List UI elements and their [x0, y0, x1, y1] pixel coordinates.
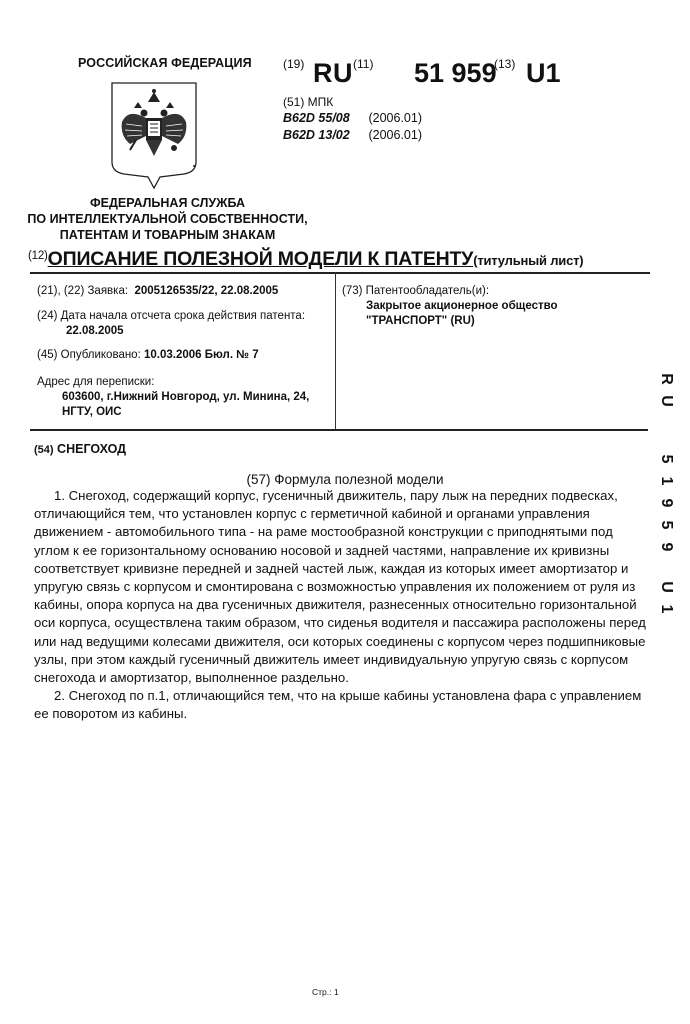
claim-2: 2. Снегоход по п.1, отличающийся тем, чт…: [34, 687, 646, 723]
owner-line-2: "ТРАНСПОРТ" (RU): [342, 314, 558, 329]
agency-line-2: ПО ИНТЕЛЛЕКТУАЛЬНОЙ СОБСТВЕННОСТИ,: [0, 211, 335, 227]
published-field: (45) Опубликовано: 10.03.2006 Бюл. № 7: [37, 348, 259, 363]
term-start-value: 22.08.2005: [37, 324, 305, 339]
agency-name: ФЕДЕРАЛЬНАЯ СЛУЖБА ПО ИНТЕЛЛЕКТУАЛЬНОЙ С…: [0, 195, 335, 243]
country-code: RU: [313, 58, 353, 89]
application-value: 2005126535/22, 22.08.2005: [134, 285, 278, 297]
agency-line-1: ФЕДЕРАЛЬНАЯ СЛУЖБА: [0, 195, 335, 211]
address-field: Адрес для переписки: 603600, г.Нижний Но…: [37, 375, 309, 420]
application-label: (21), (22) Заявка:: [37, 285, 128, 297]
address-label: Адрес для переписки:: [37, 375, 309, 390]
inid-code-13: (13): [494, 57, 515, 71]
ipc-row: B62D 13/02 (2006.01): [283, 128, 422, 142]
top-rule: [30, 272, 650, 274]
page-number: Стр.: 1: [312, 987, 339, 997]
application-field: (21), (22) Заявка: 2005126535/22, 22.08.…: [37, 284, 278, 299]
owner-field: (73) Патентообладатель(и): Закрытое акци…: [342, 284, 558, 329]
title-sub: (титульный лист): [473, 253, 583, 268]
invention-title: СНЕГОХОД: [57, 442, 126, 456]
claims-heading: (57) Формула полезной модели: [0, 472, 690, 487]
side-patent-code: R U 5 1 9 5 9 U 1: [652, 368, 680, 620]
country-name: РОССИЙСКАЯ ФЕДЕРАЦИЯ: [78, 56, 252, 70]
document-kind: U1: [526, 58, 561, 89]
agency-line-3: ПАТЕНТАМ И ТОВАРНЫМ ЗНАКАМ: [0, 227, 335, 243]
inid-code-54: (54): [34, 444, 54, 456]
claim-1: 1. Снегоход, содержащий корпус, гусеничн…: [34, 487, 646, 687]
inid-code-12: (12): [28, 250, 48, 262]
mpk-label: (51) МПК: [283, 95, 333, 109]
ipc-code: B62D 13/02: [283, 128, 365, 142]
column-divider: [335, 272, 336, 430]
russian-coat-of-arms-icon: [108, 80, 200, 192]
published-label: (45) Опубликовано:: [37, 349, 141, 361]
side-gap: [652, 412, 680, 448]
bottom-rule: [30, 429, 648, 431]
document-title: (12)ОПИСАНИЕ ПОЛЕЗНОЙ МОДЕЛИ К ПАТЕНТУ(т…: [28, 248, 583, 271]
ipc-code: B62D 55/08: [283, 111, 365, 125]
ipc-version: (2006.01): [368, 111, 422, 125]
patent-number: 51 959: [414, 58, 497, 89]
inid-code-19: (19): [283, 57, 304, 71]
published-value: 10.03.2006 Бюл. № 7: [144, 349, 259, 361]
term-start-label: (24) Дата начала отсчета срока действия …: [37, 309, 305, 324]
invention-name: (54) СНЕГОХОД: [34, 442, 126, 456]
address-line-2: НГТУ, ОИС: [37, 405, 309, 420]
claims-body: 1. Снегоход, содержащий корпус, гусеничн…: [34, 487, 646, 724]
address-line-1: 603600, г.Нижний Новгород, ул. Минина, 2…: [37, 390, 309, 405]
side-char: U: [655, 387, 677, 415]
ipc-row: B62D 55/08 (2006.01): [283, 111, 422, 125]
side-char: 1: [655, 595, 677, 623]
title-main: ОПИСАНИЕ ПОЛЕЗНОЙ МОДЕЛИ К ПАТЕНТУ: [48, 248, 474, 270]
ipc-version: (2006.01): [368, 128, 422, 142]
inid-code-11: (11): [353, 57, 373, 71]
term-start-field: (24) Дата начала отсчета срока действия …: [37, 309, 305, 339]
side-char: 9: [655, 533, 677, 561]
owner-label: (73) Патентообладатель(и):: [342, 284, 558, 299]
owner-line-1: Закрытое акционерное общество: [342, 299, 558, 314]
